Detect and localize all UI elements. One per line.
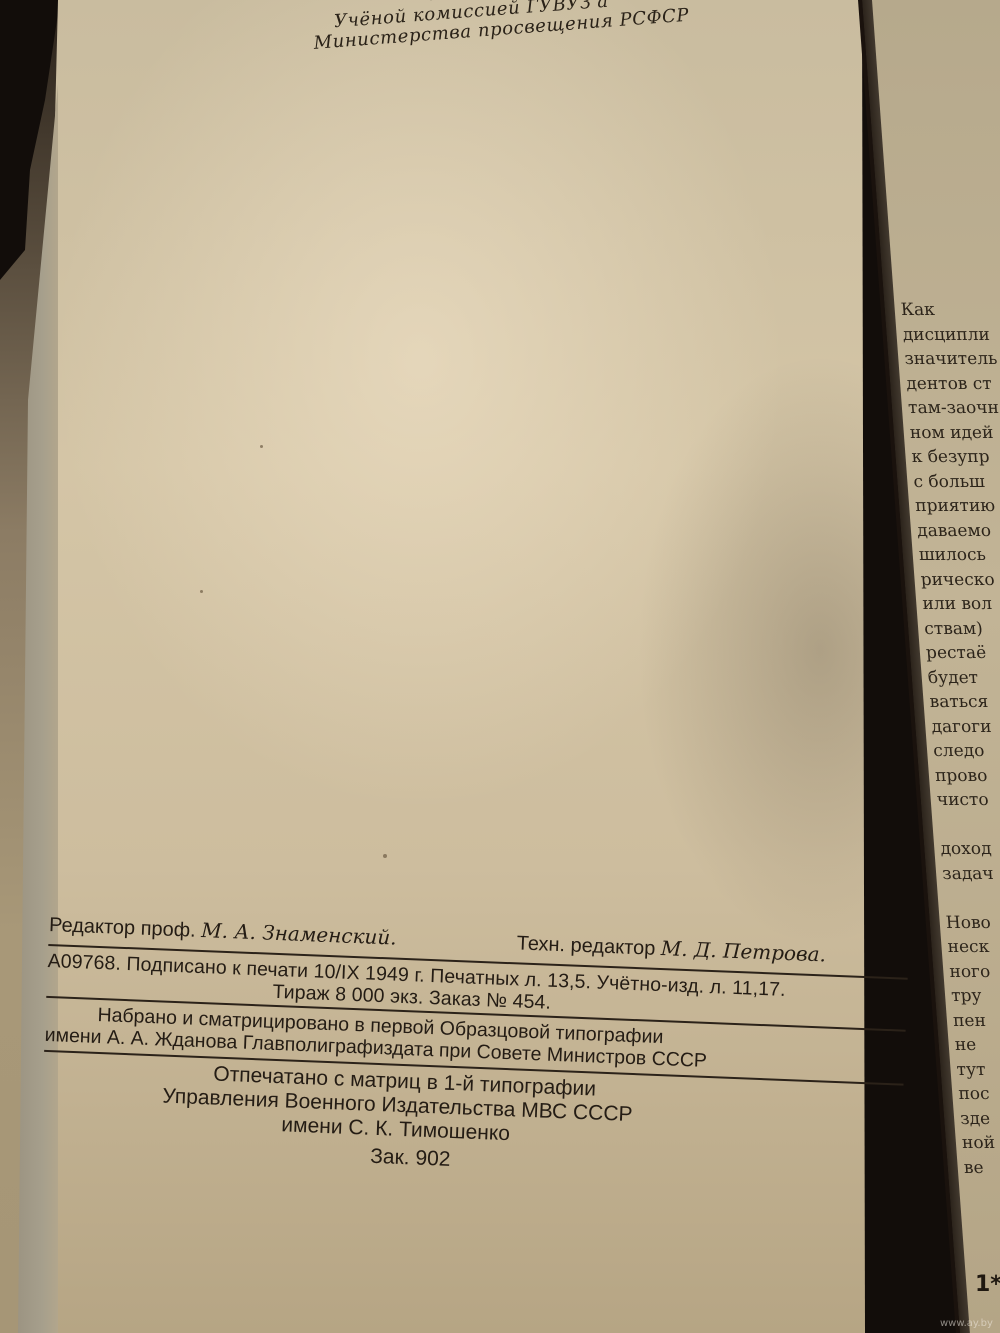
- book-spread-photo: Утверждено Учёной комиссией ГУВУЗ'а Мини…: [0, 0, 1000, 1333]
- paper-fleck: [200, 590, 203, 593]
- text-line: Ново: [945, 911, 1000, 936]
- text-line: дентов ст: [905, 372, 1000, 397]
- text-line: ном идей: [909, 421, 1000, 446]
- text-line: шилось: [918, 543, 1000, 568]
- text-line: приятию: [914, 494, 1000, 519]
- text-line: рестаё: [925, 641, 1000, 666]
- text-line: [938, 813, 1000, 838]
- paper-fleck: [383, 854, 387, 858]
- text-line: тру: [950, 984, 1000, 1009]
- imprint-block: Редактор проф. М. А. Знаменский. Техн. р…: [40, 902, 909, 1190]
- text-line: неск: [947, 935, 1000, 960]
- text-line: не: [954, 1033, 1000, 1058]
- text-line: ствам): [923, 617, 1000, 642]
- tech-editor-credit: Техн. редактор М. Д. Петрова.: [516, 930, 826, 967]
- text-line: Как: [900, 298, 1000, 323]
- text-line: дисципли: [902, 323, 1000, 348]
- text-line: доход: [940, 837, 1000, 862]
- paper-fleck: [260, 445, 263, 448]
- text-line: там-заочн: [907, 396, 1000, 421]
- text-line: ного: [949, 960, 1000, 985]
- text-line: или вол: [922, 592, 1000, 617]
- text-line: ве: [963, 1156, 1000, 1181]
- text-line: пен: [952, 1009, 1000, 1034]
- editor-credit: Редактор проф. М. А. Знаменский.: [49, 912, 397, 951]
- text-line: прово: [934, 764, 1000, 789]
- text-line: зде: [959, 1107, 1000, 1132]
- tech-editor-label: Техн. редактор: [516, 932, 655, 959]
- text-line: ваться: [929, 690, 1000, 715]
- text-line: значитель: [904, 347, 1000, 372]
- text-line: с больш: [913, 470, 1000, 495]
- text-line: тут: [956, 1058, 1000, 1083]
- editor-name: М. А. Знаменский.: [201, 918, 397, 950]
- text-line: рическо: [920, 568, 1000, 593]
- text-line: ной: [961, 1131, 1000, 1156]
- text-line: дагоги: [931, 715, 1000, 740]
- text-line: пос: [958, 1082, 1000, 1107]
- text-line: к безупр: [911, 445, 1000, 470]
- watermark: www.ay.by: [940, 1318, 993, 1329]
- signature-mark: 1*: [975, 1272, 1000, 1297]
- text-line: задач: [941, 862, 1000, 887]
- text-line: чисто: [936, 788, 1000, 813]
- text-line: следо: [932, 739, 1000, 764]
- editor-label: Редактор проф.: [49, 914, 197, 942]
- text-line: будет: [927, 666, 1000, 691]
- text-line: [943, 886, 1000, 911]
- tech-editor-name: М. Д. Петрова.: [660, 936, 826, 966]
- text-line: даваемо: [916, 519, 1000, 544]
